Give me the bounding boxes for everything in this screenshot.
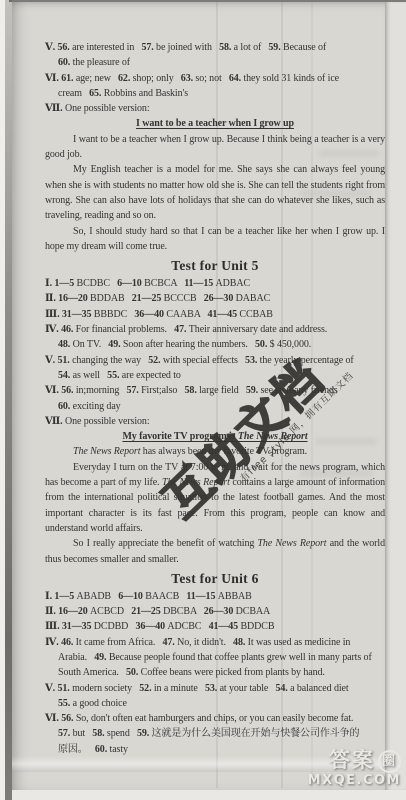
next-page-edge: [385, 2, 406, 790]
site-logo: 答案圈 MXQE.COM: [308, 749, 401, 788]
answer-continuation-line: cream 65. Robbins and Baskin's: [45, 86, 385, 101]
text-segment: 59.: [268, 42, 283, 53]
text-segment: 47.: [174, 324, 189, 335]
section-label: Ⅶ. One possible version:: [45, 414, 385, 429]
text-segment: 60.: [58, 401, 73, 412]
text-segment: So, I should study hard so that I can be…: [45, 226, 385, 252]
text-segment: exciting day: [73, 401, 121, 412]
text-segment: The News Report: [257, 538, 326, 549]
site-logo-circled-char: 圈: [378, 750, 401, 773]
essay-title: My favorite TV program is The News Repor…: [45, 429, 385, 444]
text-segment: ABADB: [77, 591, 119, 602]
essay-paragraph: So I really appreciate the benefit of wa…: [45, 536, 385, 567]
text-segment: a balanced diet: [290, 683, 348, 694]
text-segment: so; not: [195, 73, 228, 84]
answer-line: Ⅴ. 56. are interested in 57. be joined w…: [45, 40, 385, 55]
text-segment: in a minute: [154, 683, 205, 694]
text-segment: 58.: [185, 385, 200, 396]
text-segment: Ⅰ.: [45, 591, 54, 602]
text-segment: BCCCB: [164, 293, 204, 304]
scan-top-edge: [9, 0, 406, 2]
text-segment: with special effects: [163, 355, 245, 366]
text-segment: 46.: [61, 324, 76, 335]
site-logo-domain: MXQE.COM: [308, 773, 401, 788]
text-segment: BCDBC: [77, 278, 118, 289]
text-segment: CAABA: [166, 309, 207, 320]
text-segment: 59.: [137, 728, 152, 739]
text-segment: Coffee beans were picked from plants by …: [141, 667, 325, 678]
text-segment: 57.: [141, 42, 156, 53]
text-segment: 65.: [89, 88, 104, 99]
text-segment: 56.: [61, 385, 76, 396]
text-segment: as well: [73, 370, 108, 381]
section-test-unit-6: Test for Unit 6Ⅰ. 1—5 ABADB 6—10 BAACB 1…: [45, 570, 385, 757]
text-segment: ADBAC: [216, 278, 251, 289]
text-segment: DBCBA: [163, 606, 204, 617]
text-segment: 50.: [126, 667, 141, 678]
essay-paragraph: The News Report has always been my favor…: [45, 444, 385, 459]
text-segment: BDDCB: [240, 621, 274, 632]
text-segment: 55.: [58, 698, 73, 709]
text-segment: DABAC: [236, 293, 271, 304]
text-segment: So, don't often eat hamburgers and chips…: [76, 713, 354, 724]
text-segment: shop; only: [133, 73, 181, 84]
text-segment: the pleasure of: [73, 57, 130, 68]
section-title: Test for Unit 6: [45, 570, 385, 587]
text-segment: 50.: [255, 339, 270, 350]
essay-paragraph: So, I should study hard so that I can be…: [45, 224, 385, 255]
text-segment: changing the way: [72, 355, 148, 366]
essay-paragraph: My English teacher is a model for me. Sh…: [45, 162, 385, 223]
text-segment: Ⅲ.: [45, 621, 62, 632]
answer-continuation-line: 60. the pleasure of: [45, 55, 385, 70]
text-segment: BCBCA: [144, 278, 184, 289]
text-segment: The News Report: [238, 431, 308, 442]
text-segment: So I really appreciate the benefit of wa…: [73, 538, 257, 549]
text-segment: ACBCD: [90, 606, 131, 617]
answer-line: Ⅰ. 1—5 BCDBC 6—10 BCBCA 11—15 ADBAC: [45, 276, 385, 291]
text-segment: Because of: [283, 42, 326, 53]
text-segment: 64.: [229, 73, 244, 84]
text-segment: 57.: [58, 728, 73, 739]
answer-line: Ⅵ. 61. age; new 62. shop; only 63. so; n…: [45, 71, 385, 86]
text-segment: cream: [58, 88, 89, 99]
text-segment: BBBDC: [94, 309, 135, 320]
text-segment: a lot of: [234, 42, 269, 53]
text-segment: 59.: [246, 385, 261, 396]
section-test-unit-5: Test for Unit 5Ⅰ. 1—5 BCDBC 6—10 BCBCA 1…: [45, 257, 385, 567]
section-label: Ⅶ. One possible version:: [45, 101, 385, 116]
text-segment: 63.: [181, 73, 196, 84]
text-segment: 36—40: [136, 621, 168, 632]
site-logo-name: 答案圈: [308, 749, 401, 773]
text-segment: see so many friends: [260, 385, 337, 396]
text-segment: 62.: [118, 73, 133, 84]
text-segment: 55.: [107, 370, 122, 381]
essay-paragraph: I want to be a teacher when I grow up. B…: [45, 132, 385, 163]
text-segment: ADCBC: [167, 621, 208, 632]
text-segment: Arabia.: [58, 652, 94, 663]
text-segment: 48.: [233, 637, 248, 648]
text-segment: 58.: [219, 42, 234, 53]
answer-line: Ⅳ. 46. It came from Africa. 47. No, it d…: [45, 635, 385, 650]
text-segment: in;morning: [76, 385, 127, 396]
answer-line: Ⅴ. 51. modern society 52. in a minute 53…: [45, 681, 385, 696]
text-segment: spend: [107, 728, 137, 739]
text-segment: 52.: [148, 355, 163, 366]
text-segment: 52.: [139, 683, 154, 694]
text-segment: 54.: [275, 683, 290, 694]
text-segment: 51.: [57, 683, 72, 694]
text-segment: 6—10: [117, 278, 144, 289]
text-segment: but: [73, 728, 93, 739]
text-segment: 1—5: [54, 278, 76, 289]
text-segment: My favorite TV program is: [122, 431, 237, 442]
text-segment: 58.: [92, 728, 107, 739]
text-segment: they sold 31 kinds of ice: [243, 73, 339, 84]
text-segment: First;also: [141, 385, 184, 396]
text-segment: 21—25: [132, 293, 164, 304]
text-segment: 54.: [58, 370, 73, 381]
text-segment: My English teacher is a model for me. Sh…: [45, 164, 385, 221]
text-segment: 31—35: [62, 309, 94, 320]
text-segment: Their anniversary date and address.: [189, 324, 327, 335]
text-segment: Ⅵ.: [45, 73, 61, 84]
text-segment: BAACB: [145, 591, 186, 602]
text-segment: I want to be a teacher when I grow up. B…: [45, 134, 385, 160]
answer-line: Ⅵ. 56. in;morning 57. First;also 58. lar…: [45, 383, 385, 398]
text-segment: The News Report: [162, 477, 230, 488]
answer-line: Ⅳ. 46. For financial problems. 47. Their…: [45, 322, 385, 337]
text-segment: 49.: [108, 339, 123, 350]
text-segment: 49.: [94, 652, 109, 663]
text-segment: 26—30: [204, 606, 236, 617]
text-segment: 11—15: [186, 591, 217, 602]
answer-line: Ⅱ. 16—20 BDDAB 21—25 BCCCB 26—30 DABAC: [45, 291, 385, 306]
text-segment: 60.: [58, 57, 73, 68]
text-segment: 53.: [245, 355, 260, 366]
text-segment: Ⅶ.: [45, 416, 65, 427]
text-segment: No, it didn't.: [177, 637, 233, 648]
answer-line: Ⅰ. 1—5 ABADB 6—10 BAACB 11—15 ABBAB: [45, 589, 385, 604]
answer-line: Ⅲ. 31—35 DCDBD 36—40 ADCBC 41—45 BDDCB: [45, 619, 385, 634]
text-segment: 41—45: [207, 309, 239, 320]
text-segment: 21—25: [131, 606, 163, 617]
answer-continuation-line: 60. exciting day: [45, 399, 385, 414]
content: Ⅴ. 56. are interested in 57. be joined w…: [45, 40, 385, 757]
text-segment: has always been my favorite TV program.: [140, 446, 307, 457]
text-segment: One possible version:: [65, 416, 150, 427]
text-segment: 56.: [57, 42, 72, 53]
text-segment: Because people found that coffee plants …: [109, 652, 372, 663]
text-segment: Ⅴ.: [45, 683, 57, 694]
text-segment: $ 450,000.: [270, 339, 312, 350]
text-segment: Ⅶ.: [45, 103, 65, 114]
text-segment: Ⅱ.: [45, 606, 58, 617]
text-segment: tasty: [110, 744, 128, 755]
text-segment: 这就是为什么美国现在开始与快餐公司作斗争的: [152, 728, 360, 739]
answer-line: Ⅱ. 16—20 ACBCD 21—25 DBCBA 26—30 DCBAA: [45, 604, 385, 619]
site-logo-name-text: 答案: [329, 748, 375, 772]
text-segment: Ⅴ.: [45, 42, 57, 53]
text-segment: 46.: [61, 637, 76, 648]
text-segment: 41—45: [209, 621, 241, 632]
text-segment: CCBAB: [239, 309, 272, 320]
text-segment: the yearly percentage of: [260, 355, 354, 366]
text-segment: 53.: [205, 683, 220, 694]
text-segment: 6—10: [118, 591, 145, 602]
text-segment: DCBAA: [236, 606, 271, 617]
text-segment: age; new: [76, 73, 118, 84]
text-segment: Ⅱ.: [45, 293, 58, 304]
text-segment: large field: [199, 385, 246, 396]
text-segment: Ⅵ.: [45, 713, 61, 724]
answer-line: Ⅴ. 51. changing the way 52. with special…: [45, 353, 385, 368]
text-segment: BDDAB: [90, 293, 132, 304]
text-segment: 56.: [61, 713, 76, 724]
text-segment: I want to be a teacher when I grow up: [136, 118, 294, 129]
text-segment: are expected to: [122, 370, 181, 381]
text-segment: a good choice: [73, 698, 127, 709]
scanned-answer-page: Ⅴ. 56. are interested in 57. be joined w…: [0, 0, 406, 800]
essay-title: I want to be a teacher when I grow up: [45, 116, 385, 131]
text-segment: 1—5: [54, 591, 76, 602]
text-segment: 60.: [95, 744, 110, 755]
answer-continuation-line: South America. 50. Coffee beans were pic…: [45, 665, 385, 680]
text-segment: For financial problems.: [76, 324, 175, 335]
answer-continuation-line: Arabia. 49. Because people found that co…: [45, 650, 385, 665]
text-segment: It was used as medicine in: [248, 637, 351, 648]
text-segment: 61.: [61, 73, 76, 84]
text-segment: 47.: [163, 637, 178, 648]
answer-line: Ⅲ. 31—35 BBBDC 36—40 CAABA 41—45 CCBAB: [45, 307, 385, 322]
text-segment: be joined with: [156, 42, 219, 53]
text-segment: South America.: [58, 667, 126, 678]
text-segment: 16—20: [58, 606, 90, 617]
text-segment: Robbins and Baskin's: [104, 88, 188, 99]
book-spine-shadow: [5, 0, 12, 800]
answer-continuation-line: 57. but 58. spend 59. 这就是为什么美国现在开始与快餐公司作…: [45, 726, 385, 741]
text-segment: Ⅲ.: [45, 309, 62, 320]
text-segment: at your table: [220, 683, 276, 694]
text-segment: 11—15: [184, 278, 215, 289]
text-segment: 26—30: [204, 293, 236, 304]
text-segment: 48.: [58, 339, 73, 350]
section-title: Test for Unit 5: [45, 257, 385, 274]
text-segment: Ⅵ.: [45, 385, 61, 396]
text-segment: 原因。: [58, 744, 95, 755]
text-segment: 57.: [126, 385, 141, 396]
answer-continuation-line: 54. as well 55. are expected to: [45, 368, 385, 383]
answer-line: Ⅵ. 56. So, don't often eat hamburgers an…: [45, 711, 385, 726]
text-segment: Ⅳ.: [45, 324, 61, 335]
text-segment: ABBAB: [218, 591, 252, 602]
essay-paragraph: Everyday I turn on the TV at 7:00 p. m. …: [45, 460, 385, 536]
answer-continuation-line: 55. a good choice: [45, 696, 385, 711]
text-segment: Ⅳ.: [45, 637, 61, 648]
answer-continuation-line: 48. On TV. 49. Soon after hearing the nu…: [45, 337, 385, 352]
text-segment: 36—40: [134, 309, 166, 320]
text-segment: modern society: [72, 683, 139, 694]
text-segment: It came from Africa.: [76, 637, 163, 648]
text-segment: 31—35: [62, 621, 94, 632]
text-segment: Ⅴ.: [45, 355, 57, 366]
text-segment: 16—20: [58, 293, 90, 304]
text-segment: Soon after hearing the numbers.: [123, 339, 255, 350]
text-segment: The News Report: [73, 446, 140, 457]
text-segment: 51.: [57, 355, 72, 366]
text-segment: On TV.: [73, 339, 109, 350]
section-unit4-remainder: Ⅴ. 56. are interested in 57. be joined w…: [45, 40, 385, 254]
text-segment: One possible version:: [65, 103, 150, 114]
text-segment: DCDBD: [94, 621, 136, 632]
text-segment: Ⅰ.: [45, 278, 54, 289]
text-segment: are interested in: [72, 42, 141, 53]
